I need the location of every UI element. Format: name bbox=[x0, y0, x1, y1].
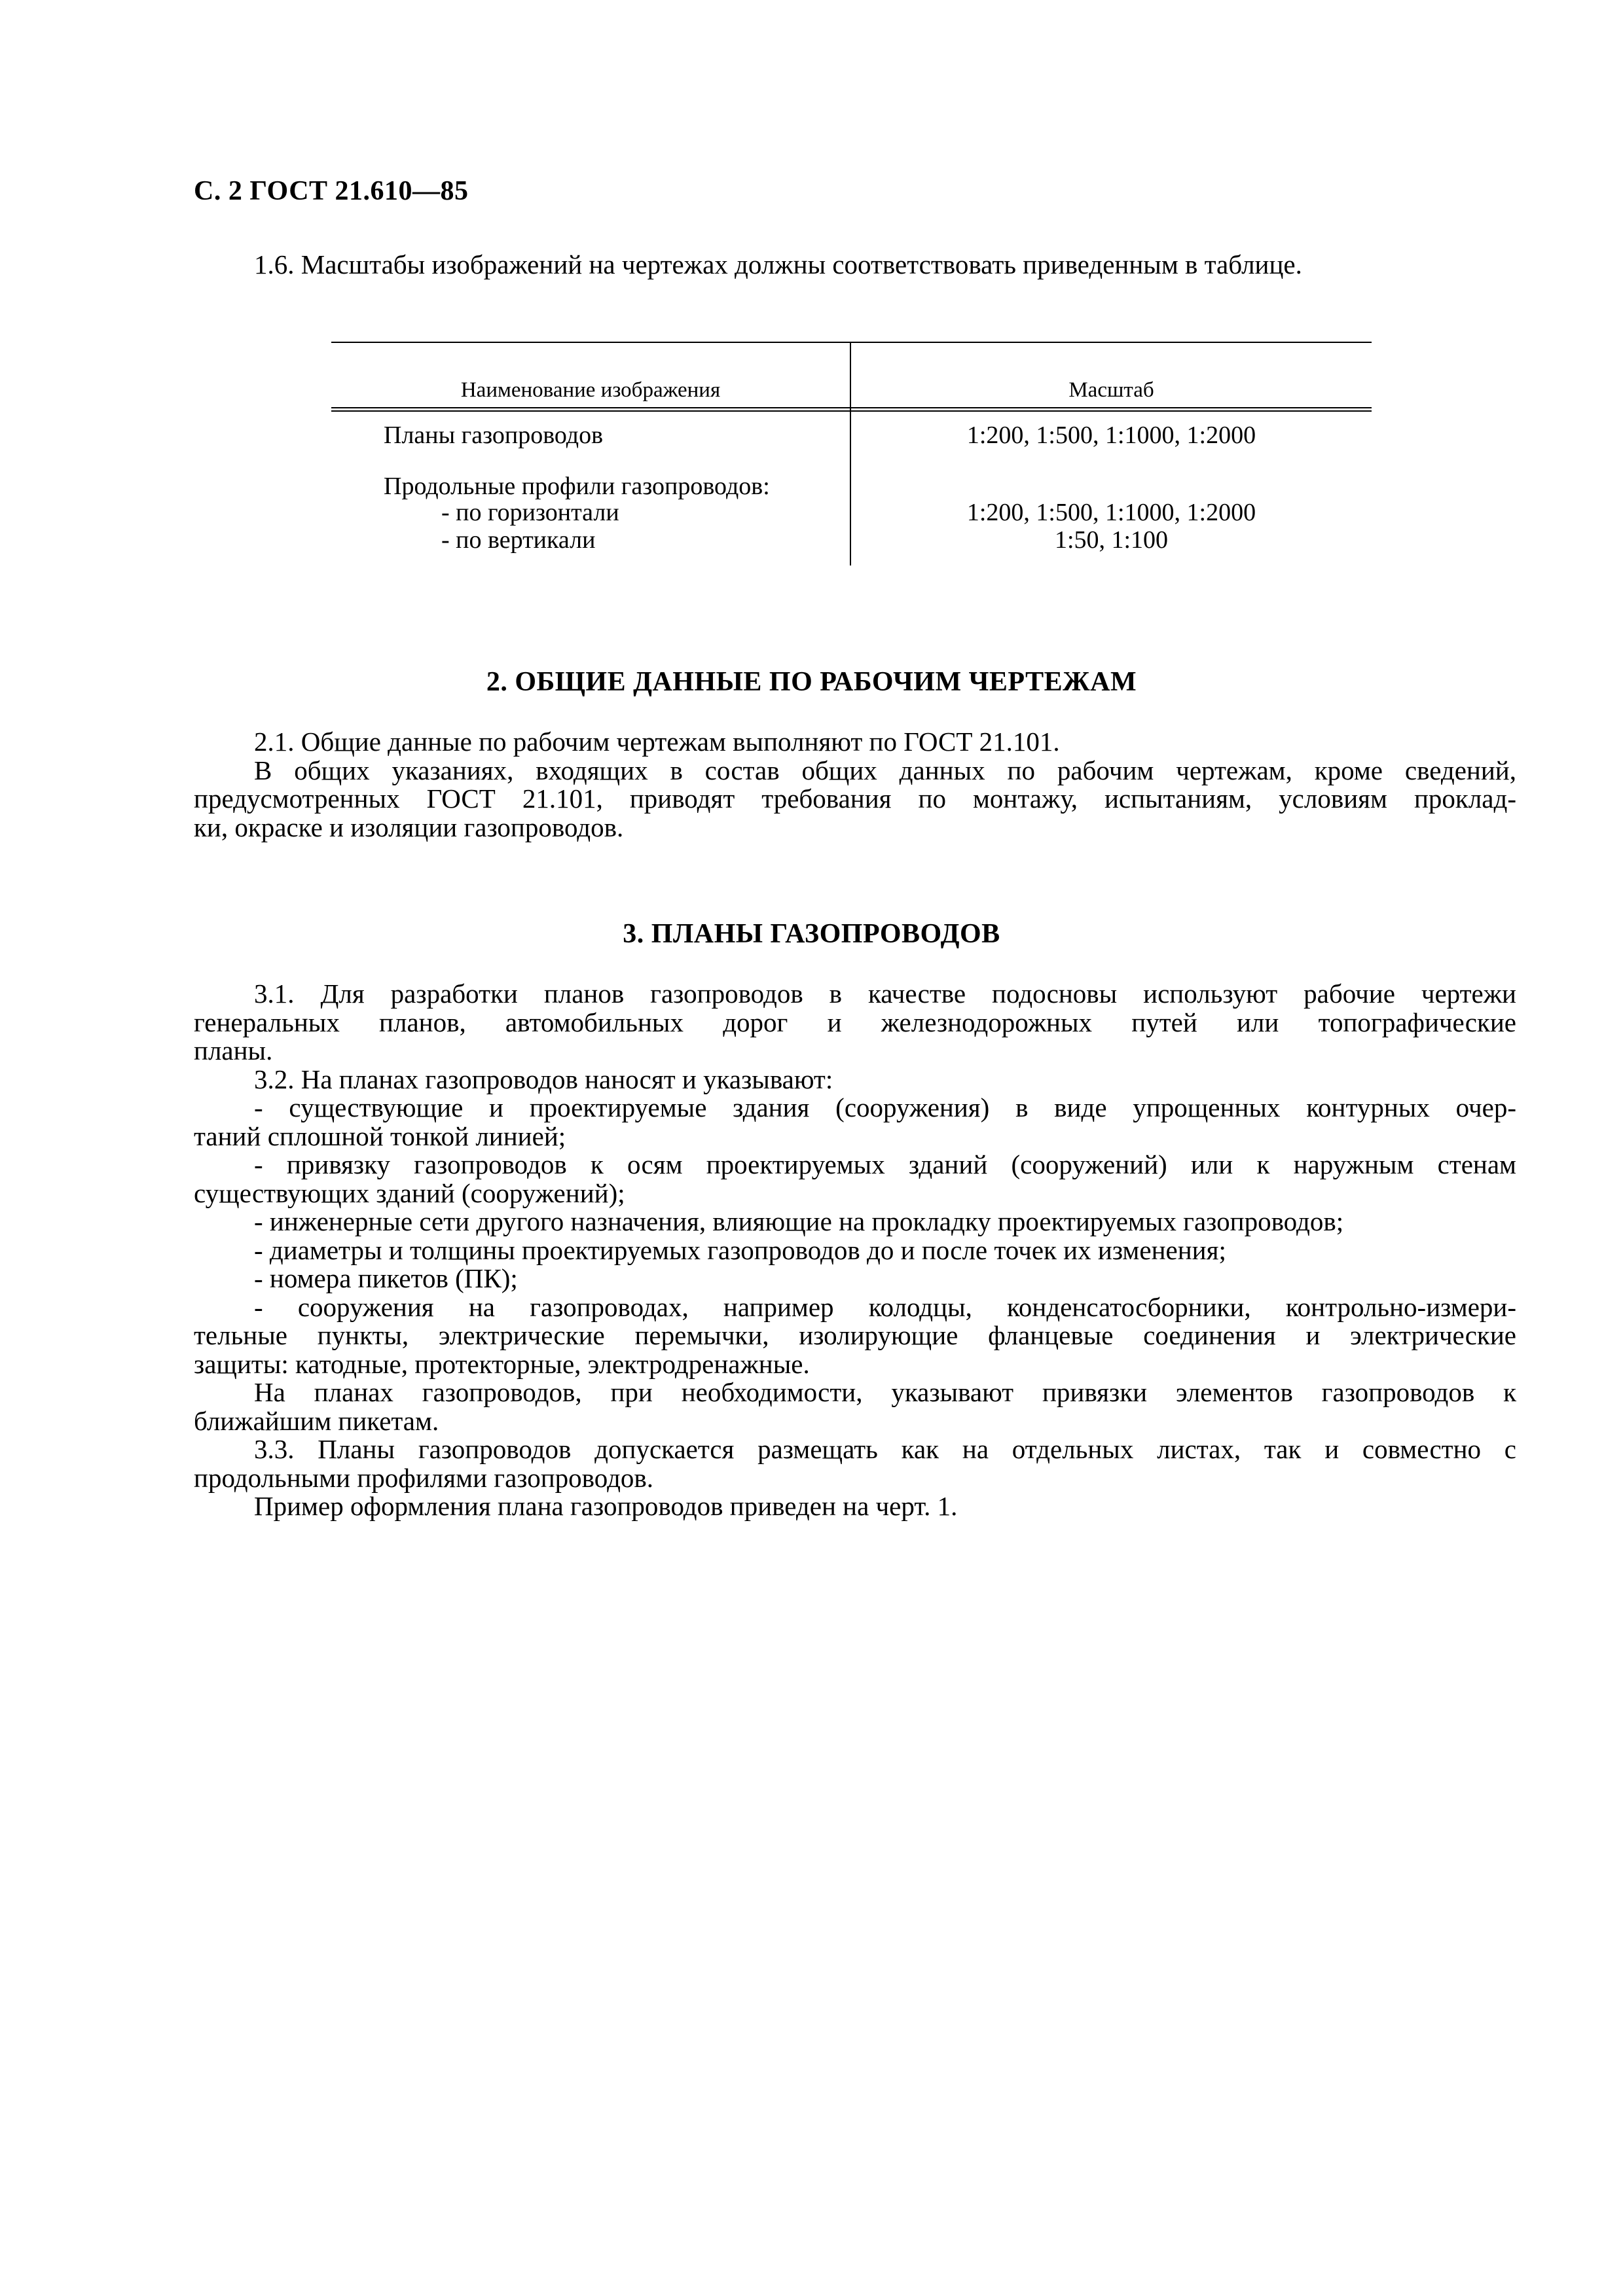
clause-3-3: 3.3. Планы газопроводов допускается разм… bbox=[194, 1435, 1516, 1464]
paragraph-line: продольными профилями газопроводов. bbox=[194, 1464, 1516, 1493]
table-header-rule-second bbox=[331, 410, 1372, 412]
clause-3-2: 3.2. На планах газопроводов наносят и ук… bbox=[194, 1066, 1516, 1094]
paragraph-line: ки, окраске и изоляции газопроводов. bbox=[194, 814, 1516, 842]
paragraph-line: планы. bbox=[194, 1037, 1516, 1066]
running-head: С. 2 ГОСТ 21.610—85 bbox=[194, 175, 469, 207]
clause-1-6: 1.6. Масштабы изображений на чертежах до… bbox=[254, 249, 1302, 280]
clause-2-1: 2.1. Общие данные по рабочим чертежам вы… bbox=[194, 728, 1516, 757]
list-item-cont: существующих зданий (сооружений); bbox=[194, 1179, 1516, 1208]
column-header-scale: Масштаб bbox=[851, 378, 1372, 403]
table-row-name: - по вертикали bbox=[441, 526, 595, 554]
list-item: - номера пикетов (ПК); bbox=[194, 1265, 1516, 1293]
table-header-rule bbox=[331, 407, 1372, 408]
list-item: - инженерные сети другого назначения, вл… bbox=[194, 1208, 1516, 1236]
paragraph-line: генеральных планов, автомобильных дорог … bbox=[194, 1009, 1516, 1037]
section-2-body: 2.1. Общие данные по рабочим чертежам вы… bbox=[194, 728, 1516, 842]
table-row-scale: 1:50, 1:100 bbox=[851, 526, 1372, 554]
table-top-rule bbox=[331, 342, 1372, 343]
table-row-name: Планы газопроводов bbox=[384, 422, 603, 449]
section-3-body: 3.1. Для разработки планов газопроводов … bbox=[194, 980, 1516, 1521]
paragraph-line: На планах газопроводов, при необходимост… bbox=[194, 1378, 1516, 1407]
list-item: - диаметры и толщины проектируемых газоп… bbox=[194, 1236, 1516, 1265]
section-2-title: 2. ОБЩИЕ ДАННЫЕ ПО РАБОЧИМ ЧЕРТЕЖАМ bbox=[0, 666, 1623, 698]
list-item: - привязку газопроводов к осям проектиру… bbox=[194, 1151, 1516, 1179]
list-item-cont: таний сплошной тонкой линией; bbox=[194, 1122, 1516, 1151]
list-item-cont: защиты: катодные, протекторные, электрод… bbox=[194, 1350, 1516, 1379]
paragraph-line: Пример оформления плана газопроводов при… bbox=[194, 1492, 1516, 1521]
list-item: - существующие и проектируемые здания (с… bbox=[194, 1094, 1516, 1122]
paragraph-line: ближайшим пикетам. bbox=[194, 1407, 1516, 1436]
list-item-cont: тельные пункты, электрические перемычки,… bbox=[194, 1321, 1516, 1350]
scale-table: Наименование изображения Масштаб Планы г… bbox=[331, 342, 1372, 565]
table-row-name: - по горизонтали bbox=[441, 499, 619, 526]
table-row-scale: 1:200, 1:500, 1:1000, 1:2000 bbox=[851, 499, 1372, 526]
clause-3-1: 3.1. Для разработки планов газопроводов … bbox=[194, 980, 1516, 1009]
column-header-name: Наименование изображения bbox=[331, 378, 850, 403]
paragraph-line: В общих указаниях, входящих в состав общ… bbox=[194, 757, 1516, 785]
table-row-name: Продольные профили газопроводов: bbox=[384, 473, 770, 500]
list-item: - сооружения на газопроводах, например к… bbox=[194, 1293, 1516, 1322]
section-3-title: 3. ПЛАНЫ ГАЗОПРОВОДОВ bbox=[0, 918, 1623, 950]
table-row-scale: 1:200, 1:500, 1:1000, 1:2000 bbox=[851, 422, 1372, 449]
paragraph-line: предусмотренных ГОСТ 21.101, приводят тр… bbox=[194, 785, 1516, 814]
